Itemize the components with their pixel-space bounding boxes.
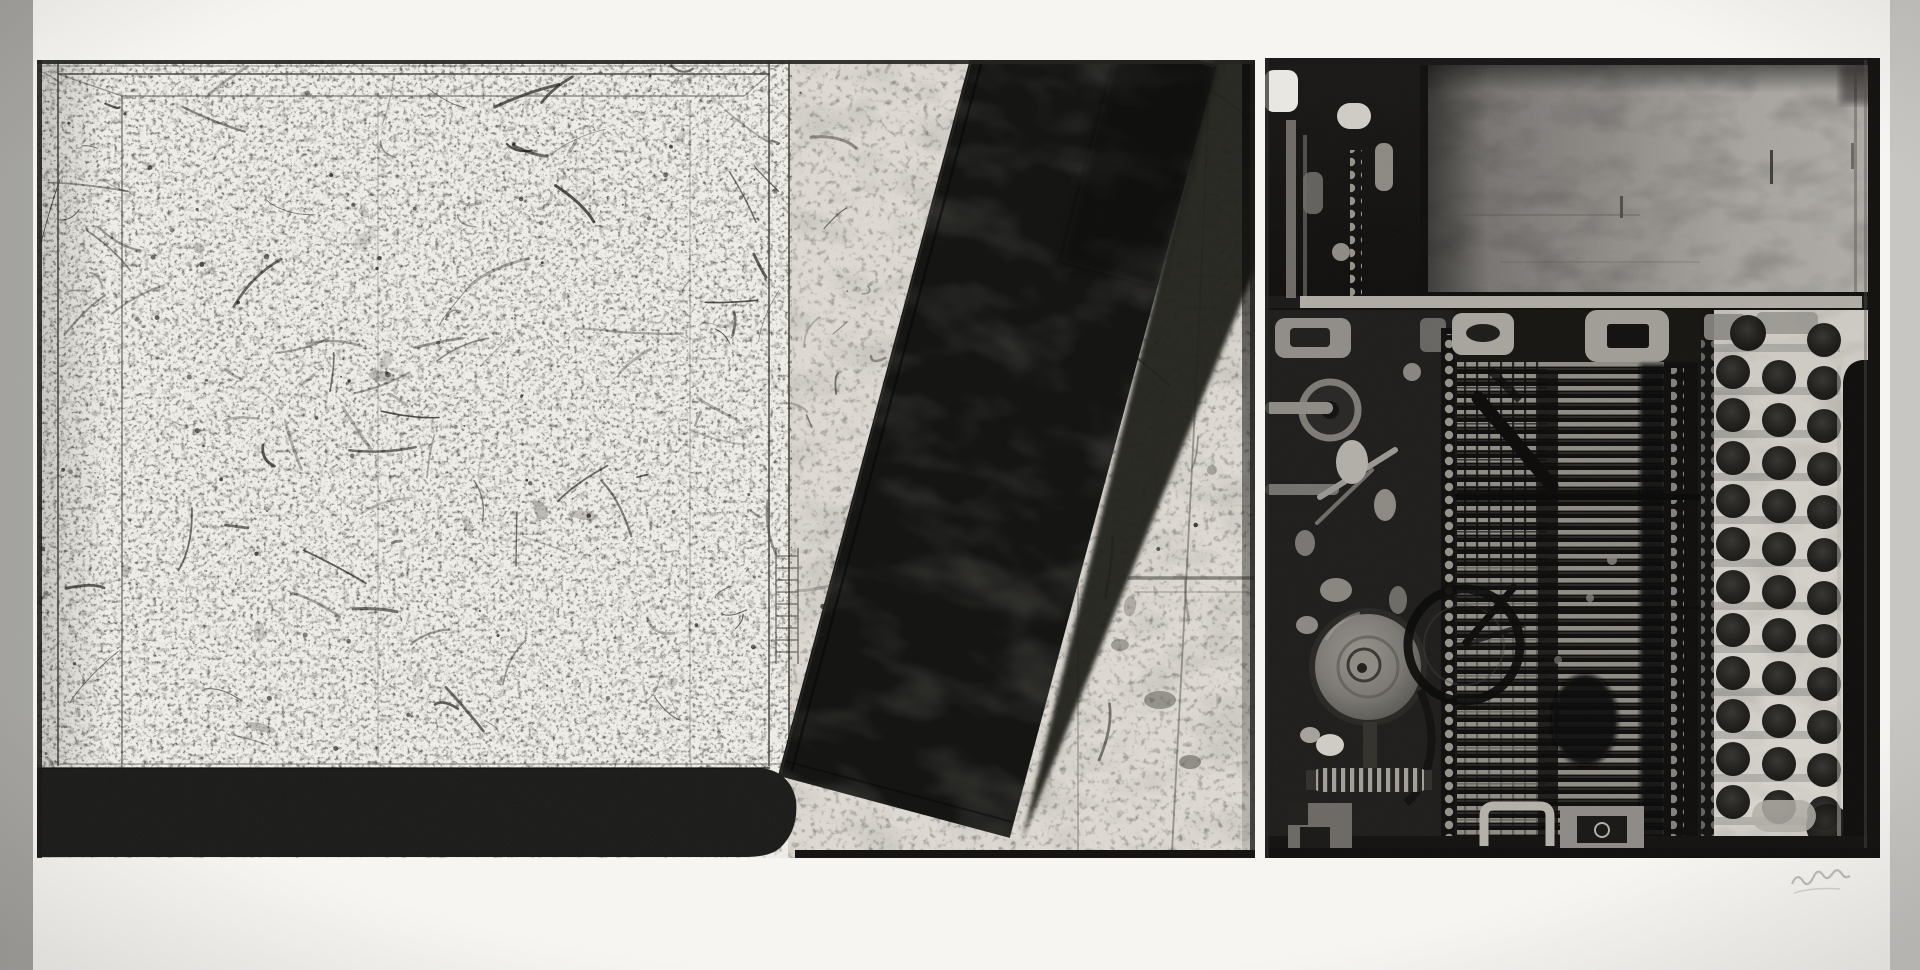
photo-vignette [0, 0, 1920, 970]
photograph-of-etching [0, 0, 1920, 970]
